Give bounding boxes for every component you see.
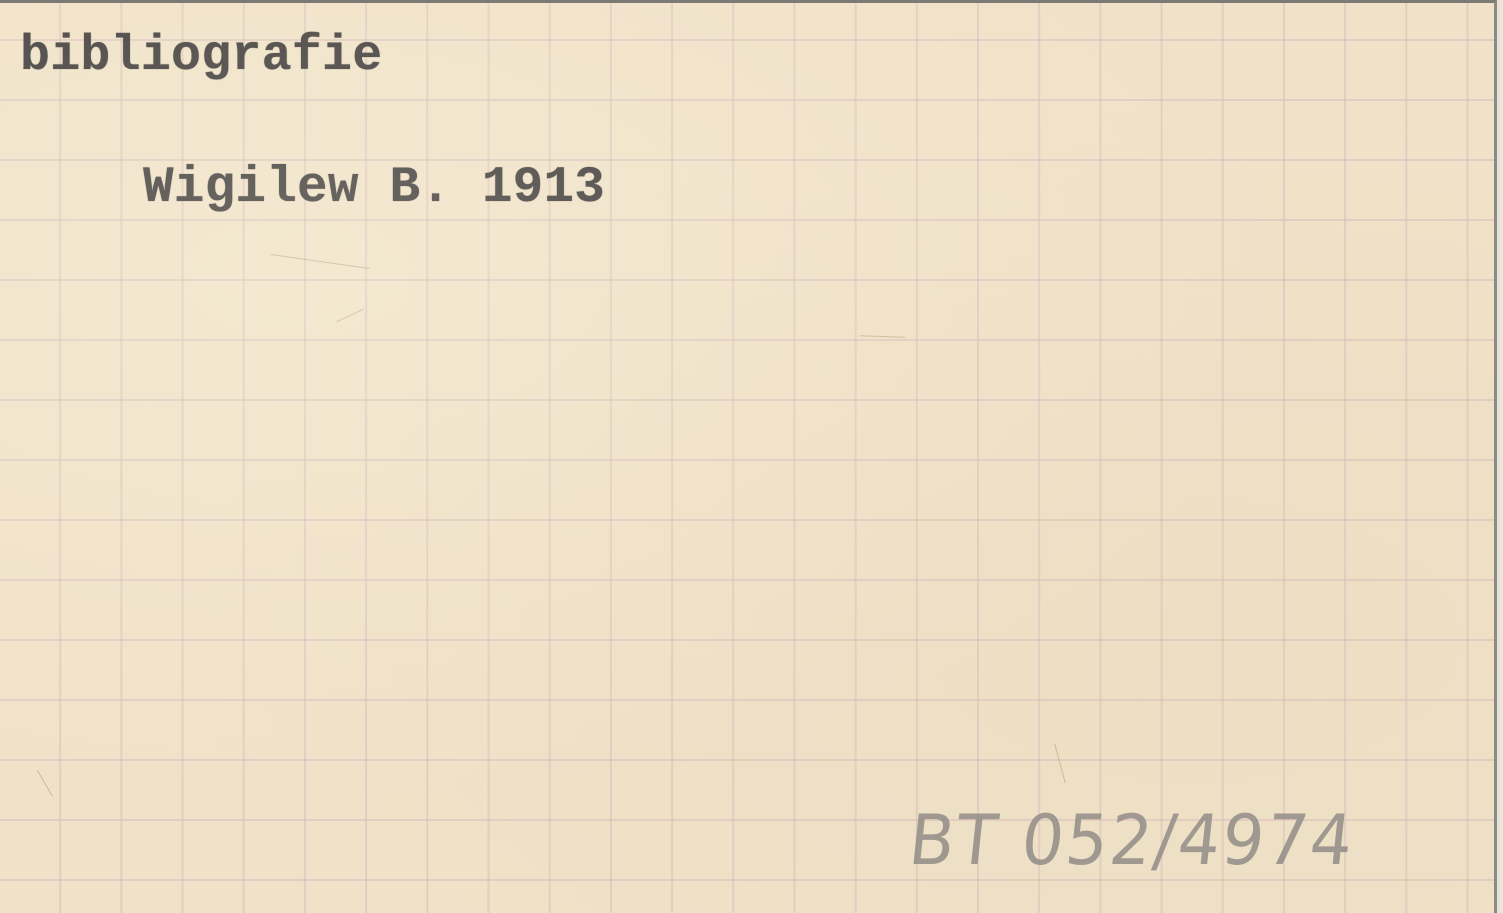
bibliographic-entry: Wigilew B. 1913 xyxy=(143,161,605,217)
paper-fiber xyxy=(37,770,53,796)
paper-fiber xyxy=(270,254,369,269)
paper-fiber xyxy=(1054,744,1065,783)
paper-fiber xyxy=(336,309,364,323)
subject-heading: bibliografie xyxy=(20,29,382,85)
handwritten-shelf-mark: BT 052/4974 xyxy=(905,799,1359,883)
paper-fiber xyxy=(860,335,905,338)
catalog-card: bibliografie Wigilew B. 1913 BT 052/4974 xyxy=(0,0,1497,913)
